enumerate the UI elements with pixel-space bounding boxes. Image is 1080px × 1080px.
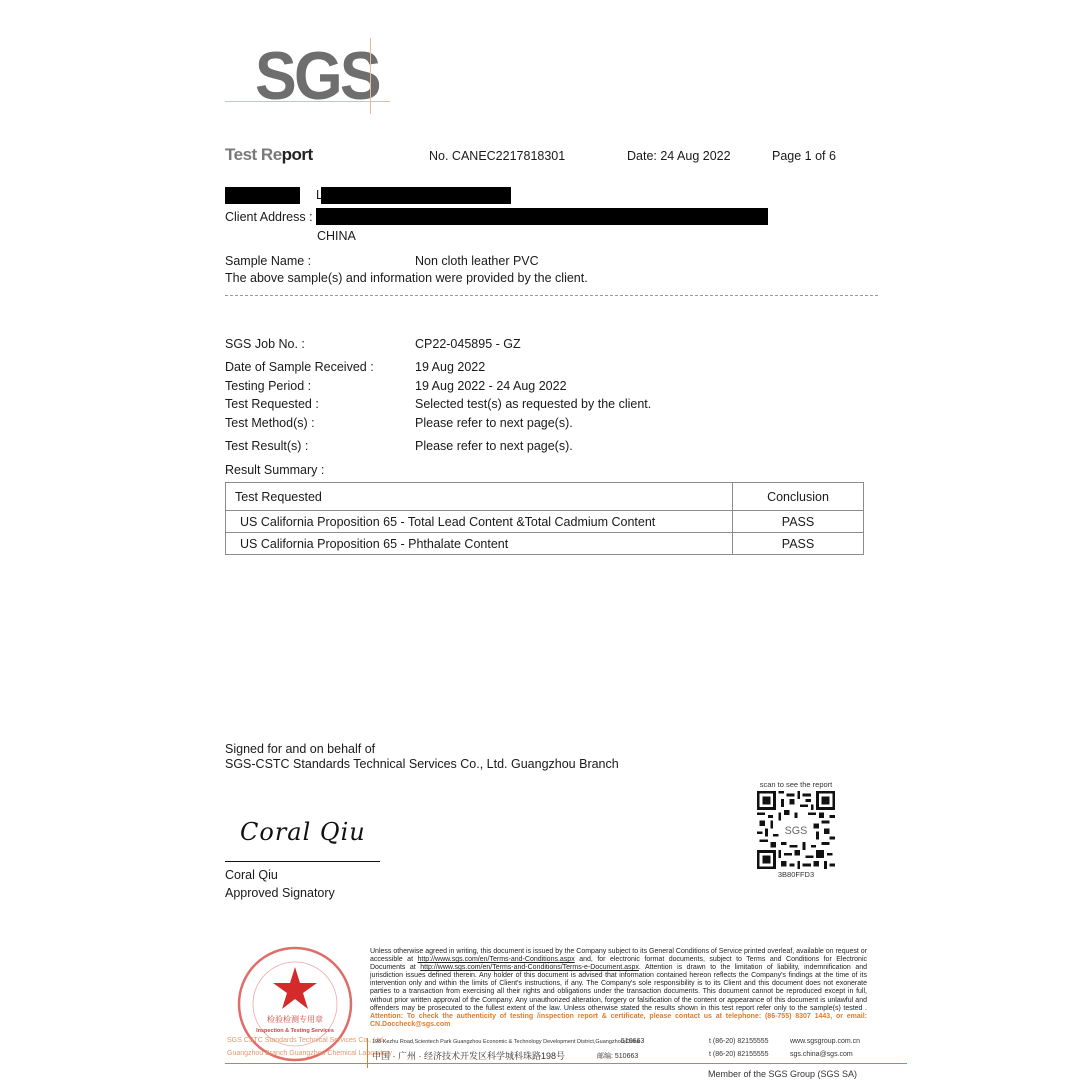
date-received-value: 19 Aug 2022 [415, 360, 485, 375]
result-summary-label: Result Summary : [225, 463, 324, 478]
signature-line [225, 861, 380, 862]
qr-block: scan to see the report [752, 780, 840, 879]
footer-postcode-en: 510663 [621, 1038, 644, 1045]
signatory-name: Coral Qiu [225, 868, 278, 883]
signatory-title: Approved Signatory [225, 886, 335, 901]
document-title: Test Report [225, 145, 313, 165]
stamp-center-en: Inspection & Testing Services [256, 1028, 334, 1034]
sgs-group-membership: Member of the SGS Group (SGS SA) [708, 1069, 857, 1079]
footer-lab-line-1: SGS CSTC Standards Technical Services Co… [227, 1037, 385, 1044]
signing-company: SGS-CSTC Standards Technical Services Co… [225, 757, 619, 772]
logo-horizontal-rule [225, 101, 390, 102]
redacted-client-name [321, 187, 511, 204]
row-conclusion: PASS [733, 511, 864, 533]
table-row: US California Proposition 65 - Total Lea… [226, 511, 864, 533]
sample-note: The above sample(s) and information were… [225, 271, 588, 286]
sample-name-value: Non cloth leather PVC [415, 254, 539, 269]
svg-text:SGS: SGS [785, 825, 808, 837]
client-address-label: Client Address : [225, 210, 313, 225]
footer-horizontal-rule [225, 1063, 907, 1064]
footer-postcode-cn: 邮编: 510663 [597, 1051, 638, 1061]
footer-address-cn: 中国 · 广州 · 经济技术开发区科学城科珠路198号 [372, 1049, 565, 1062]
row-conclusion: PASS [733, 533, 864, 555]
redacted-client-address [316, 208, 768, 225]
report-date: Date: 24 Aug 2022 [627, 149, 731, 164]
title-dark-part: port [282, 145, 313, 164]
job-no-value: CP22-045895 - GZ [415, 337, 521, 352]
dashed-divider [225, 295, 878, 296]
test-methods-value: Please refer to next page(s). [415, 416, 573, 431]
footer-phone-1: t (86-20) 82155555 [709, 1038, 769, 1045]
result-summary-table: Test Requested Conclusion US California … [225, 482, 864, 555]
footer-website[interactable]: www.sgsgroup.com.cn [790, 1038, 860, 1045]
sgs-logo: SGS [225, 38, 390, 114]
test-requested-value: Selected test(s) as requested by the cli… [415, 397, 651, 412]
legal-disclaimer: Unless otherwise agreed in writing, this… [370, 948, 867, 1029]
header-conclusion: Conclusion [733, 483, 864, 511]
test-results-label: Test Result(s) : [225, 439, 308, 454]
page-indicator: Page 1 of 6 [772, 149, 836, 164]
handwritten-signature: Coral Qiu [240, 818, 366, 846]
logo-vertical-rule [370, 38, 371, 114]
table-header-row: Test Requested Conclusion [226, 483, 864, 511]
report-number: No. CANEC2217818301 [429, 149, 565, 164]
authenticity-attention: Attention: To check the authenticity of … [370, 1013, 867, 1028]
testing-period-label: Testing Period : [225, 379, 311, 394]
job-no-label: SGS Job No. : [225, 337, 305, 352]
date-received-label: Date of Sample Received : [225, 360, 374, 375]
row-test: US California Proposition 65 - Total Lea… [226, 511, 733, 533]
qr-code-id: 3B80FFD3 [752, 870, 840, 879]
e-document-terms-link[interactable]: http://www.sgs.com/en/Terms-and-Conditio… [420, 964, 639, 971]
client-country: CHINA [317, 229, 356, 244]
sample-name-label: Sample Name : [225, 254, 311, 269]
testing-period-value: 19 Aug 2022 - 24 Aug 2022 [415, 379, 567, 394]
inspection-stamp: 检验检测专用章 Inspection & Testing Services [236, 945, 354, 1063]
test-results-value: Please refer to next page(s). [415, 439, 573, 454]
footer-email[interactable]: sgs.china@sgs.com [790, 1051, 853, 1058]
test-methods-label: Test Method(s) : [225, 416, 315, 431]
footer-phone-2: t (86-20) 82155555 [709, 1051, 769, 1058]
qr-caption: scan to see the report [752, 780, 840, 789]
stamp-center-cn: 检验检测专用章 [267, 1014, 323, 1024]
signed-on-behalf-line: Signed for and on behalf of [225, 742, 375, 757]
redacted-client-label [225, 187, 300, 204]
terms-link[interactable]: http://www.sgs.com/en/Terms-and-Conditio… [418, 956, 575, 963]
title-light-part: Test Re [225, 145, 282, 164]
row-test: US California Proposition 65 - Phthalate… [226, 533, 733, 555]
table-row: US California Proposition 65 - Phthalate… [226, 533, 864, 555]
qr-code-icon[interactable]: SGS [757, 791, 835, 869]
header-test-requested: Test Requested [226, 483, 733, 511]
test-requested-label: Test Requested : [225, 397, 319, 412]
footer-address-en: 198 Kezhu Road,Scientech Park Guangzhou … [372, 1039, 640, 1045]
